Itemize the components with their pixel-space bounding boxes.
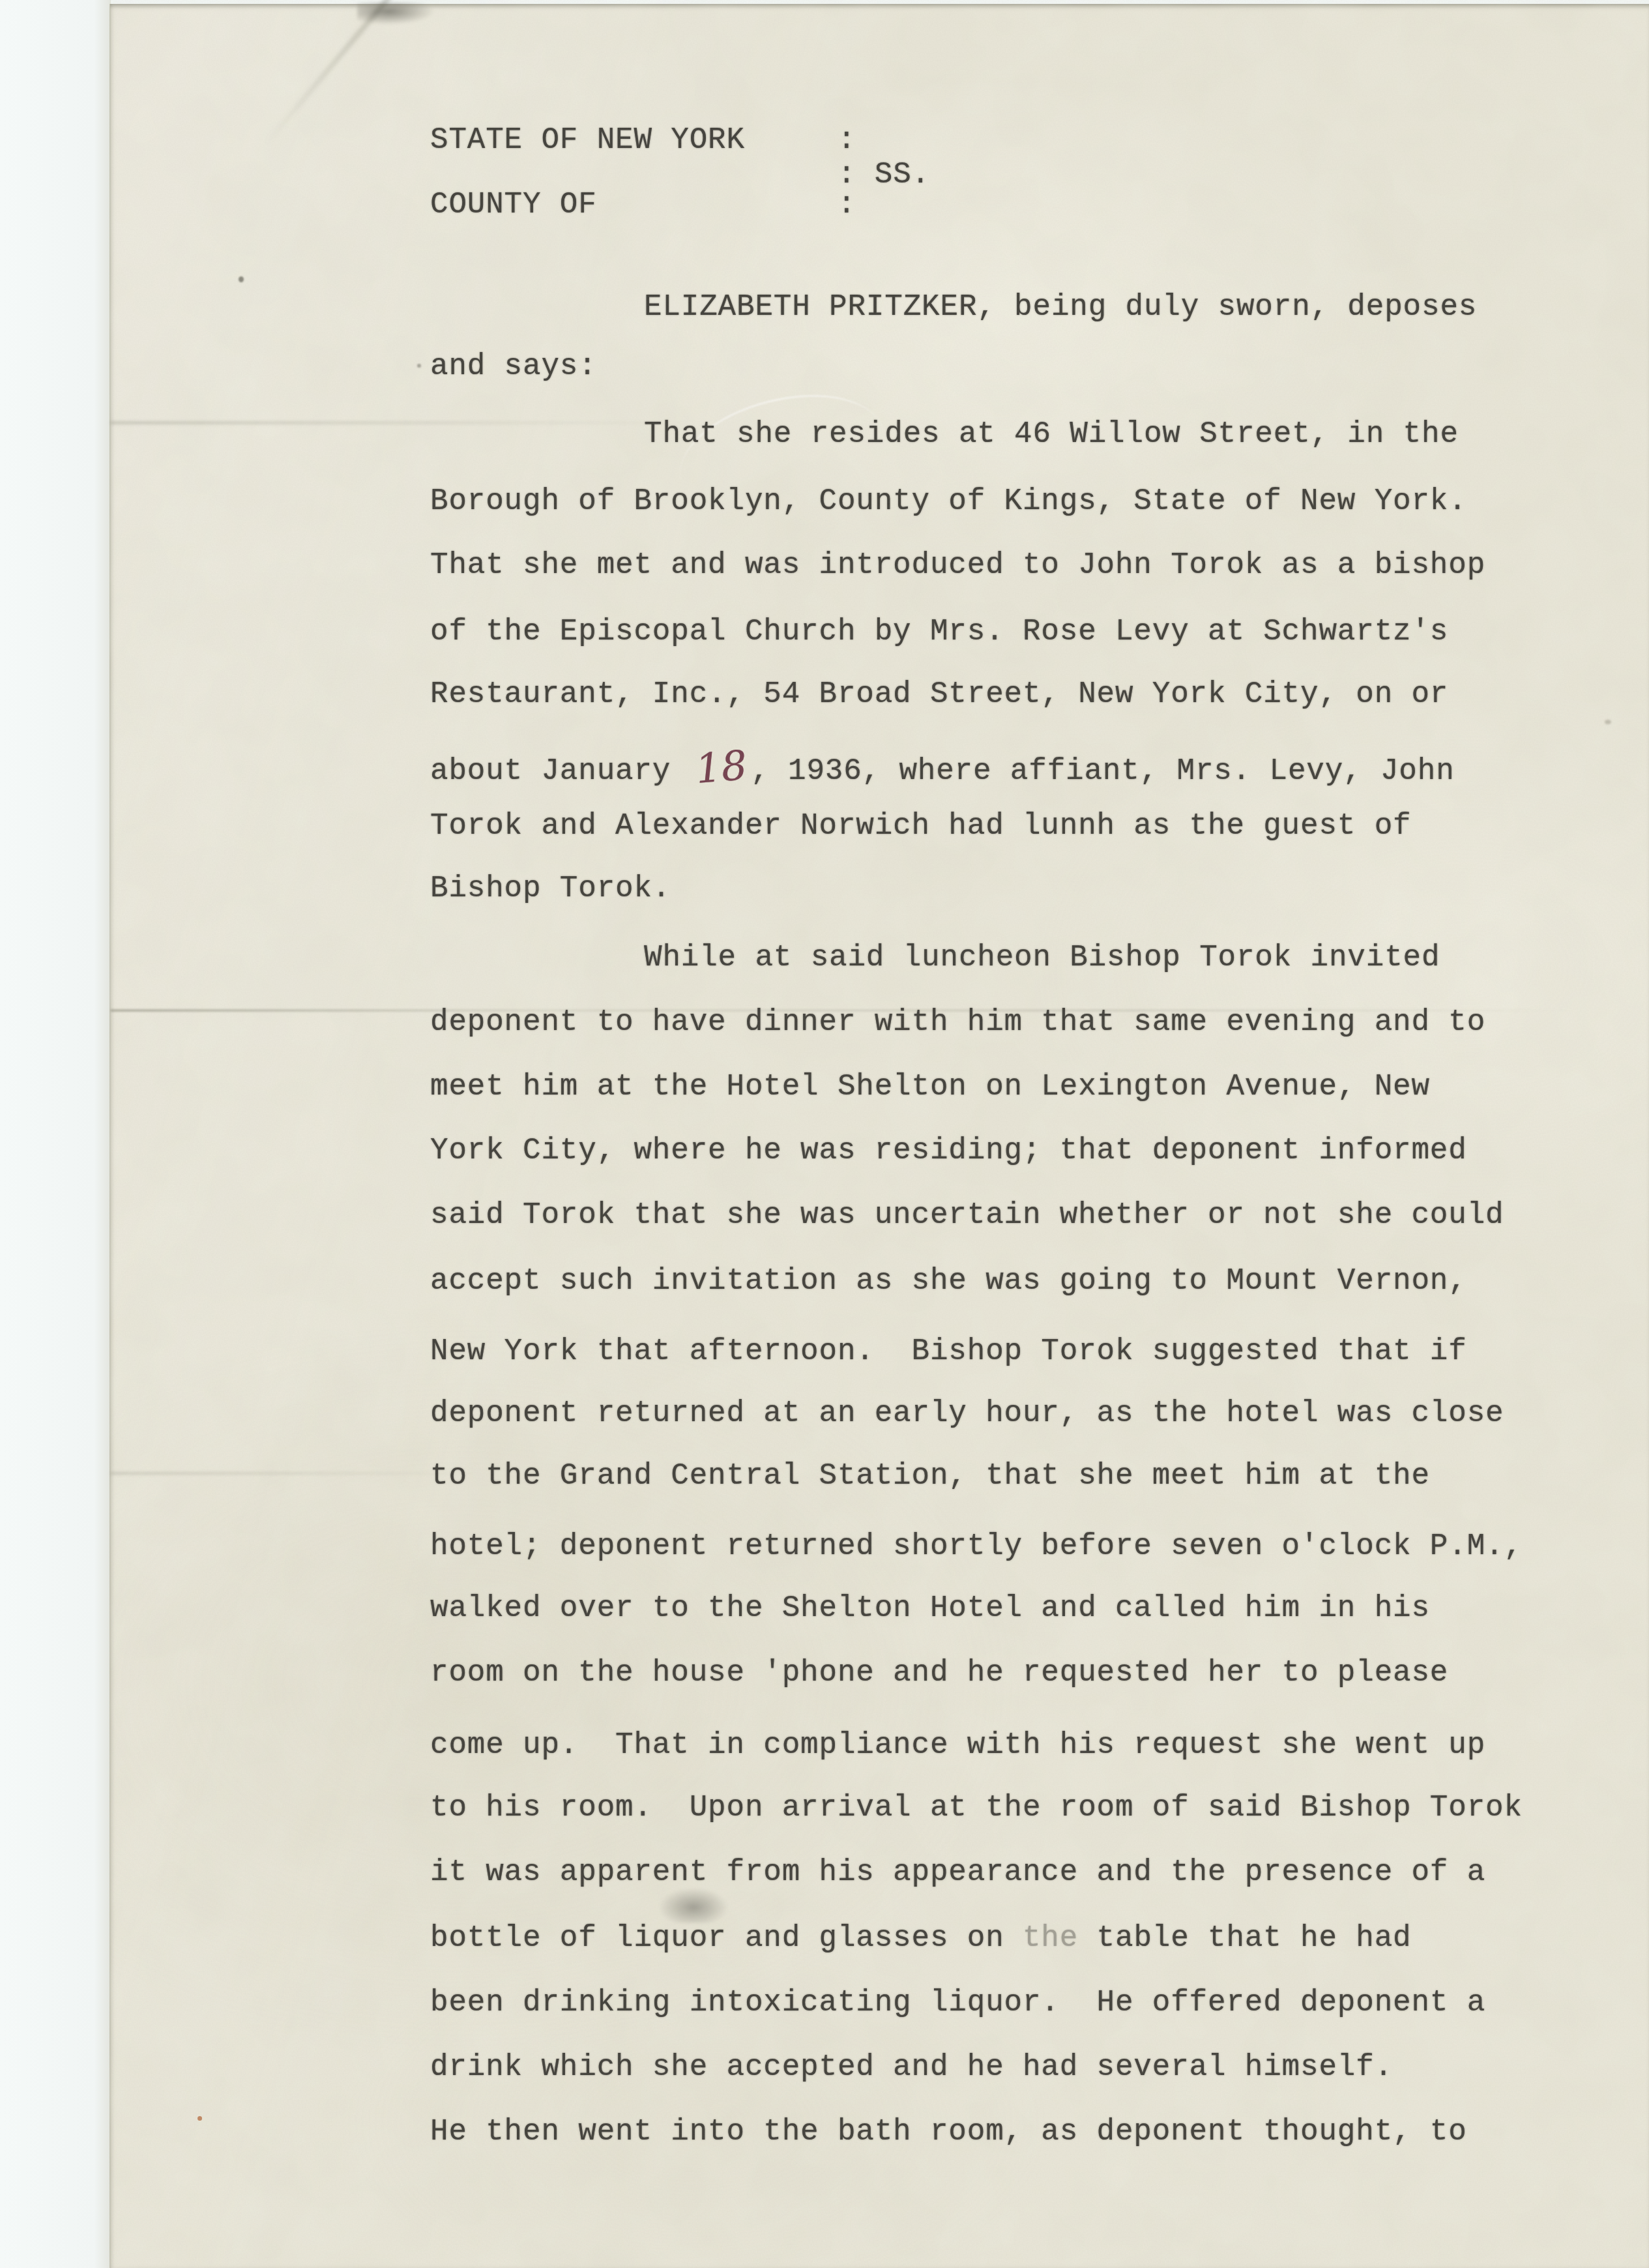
typed-line: York City, where he was residing; that d… [430, 1134, 1467, 1168]
typed-line: accept such invitation as she was going … [430, 1265, 1467, 1298]
typed-line: to the Grand Central Station, that she m… [430, 1460, 1430, 1493]
typed-line: He then went into the bath room, as depo… [430, 2115, 1467, 2149]
typed-line: hotel; deponent returned shortly before … [430, 1530, 1523, 1563]
handwritten-date: 18 [694, 743, 750, 792]
typed-line: it was apparent from his appearance and … [430, 1856, 1485, 1889]
typed-text: bottle of liquor and glasses on [430, 1921, 1023, 1955]
typed-date-prefix: about January [430, 754, 671, 788]
typed-line: New York that afternoon. Bishop Torok su… [430, 1335, 1467, 1368]
typed-line: deponent to have dinner with him that sa… [430, 1006, 1485, 1039]
typed-line: meet him at the Hotel Shelton on Lexingt… [430, 1070, 1430, 1104]
typed-line: and says: [430, 350, 597, 383]
typed-line: been drinking intoxicating liquor. He of… [430, 1986, 1485, 2020]
typed-text: table that he had [1078, 1921, 1411, 1955]
typed-line: That she resides at 46 Willow Street, in… [644, 418, 1459, 451]
typed-line: ELIZABETH PRITZKER, being duly sworn, de… [644, 291, 1477, 324]
faded-overstruck-word: the [1023, 1921, 1078, 1955]
typed-date-suffix: , 1936, where affiant, Mrs. Levy, John [751, 754, 1454, 788]
typed-line: walked over to the Shelton Hotel and cal… [430, 1592, 1430, 1625]
typed-line-with-overstrike: bottle of liquor and glasses on the tabl… [430, 1922, 1411, 1955]
typed-line: deponent returned at an early hour, as t… [430, 1397, 1504, 1430]
typed-line: While at said luncheon Bishop Torok invi… [644, 941, 1440, 975]
venue-ss-line: : SS. [838, 158, 930, 192]
venue-state-line: STATE OF NEW YORK : [430, 124, 856, 157]
typed-line: drink which she accepted and he had seve… [430, 2051, 1393, 2084]
typed-line: Restaurant, Inc., 54 Broad Street, New Y… [430, 678, 1448, 711]
typed-line: Bishop Torok. [430, 872, 671, 906]
typed-line: room on the house 'phone and he requeste… [430, 1657, 1448, 1690]
typed-line: said Torok that she was uncertain whethe… [430, 1199, 1504, 1232]
typed-line: Torok and Alexander Norwich had lunnh as… [430, 810, 1411, 843]
typed-line: come up. That in compliance with his req… [430, 1729, 1485, 1762]
typed-line: That she met and was introduced to John … [430, 549, 1485, 582]
scanned-affidavit-page: STATE OF NEW YORK : : SS. COUNTY OF : EL… [0, 0, 1649, 2268]
typed-line: to his room. Upon arrival at the room of… [430, 1791, 1523, 1825]
typed-line-with-handwritten-date: about January18, 1936, where affiant, Mr… [430, 743, 1455, 788]
venue-county-line: COUNTY OF : [430, 188, 856, 222]
typed-line: Borough of Brooklyn, County of Kings, St… [430, 485, 1467, 518]
affidavit-text: STATE OF NEW YORK : : SS. COUNTY OF : EL… [0, 0, 1649, 2268]
typed-line: of the Episcopal Church by Mrs. Rose Lev… [430, 615, 1448, 649]
